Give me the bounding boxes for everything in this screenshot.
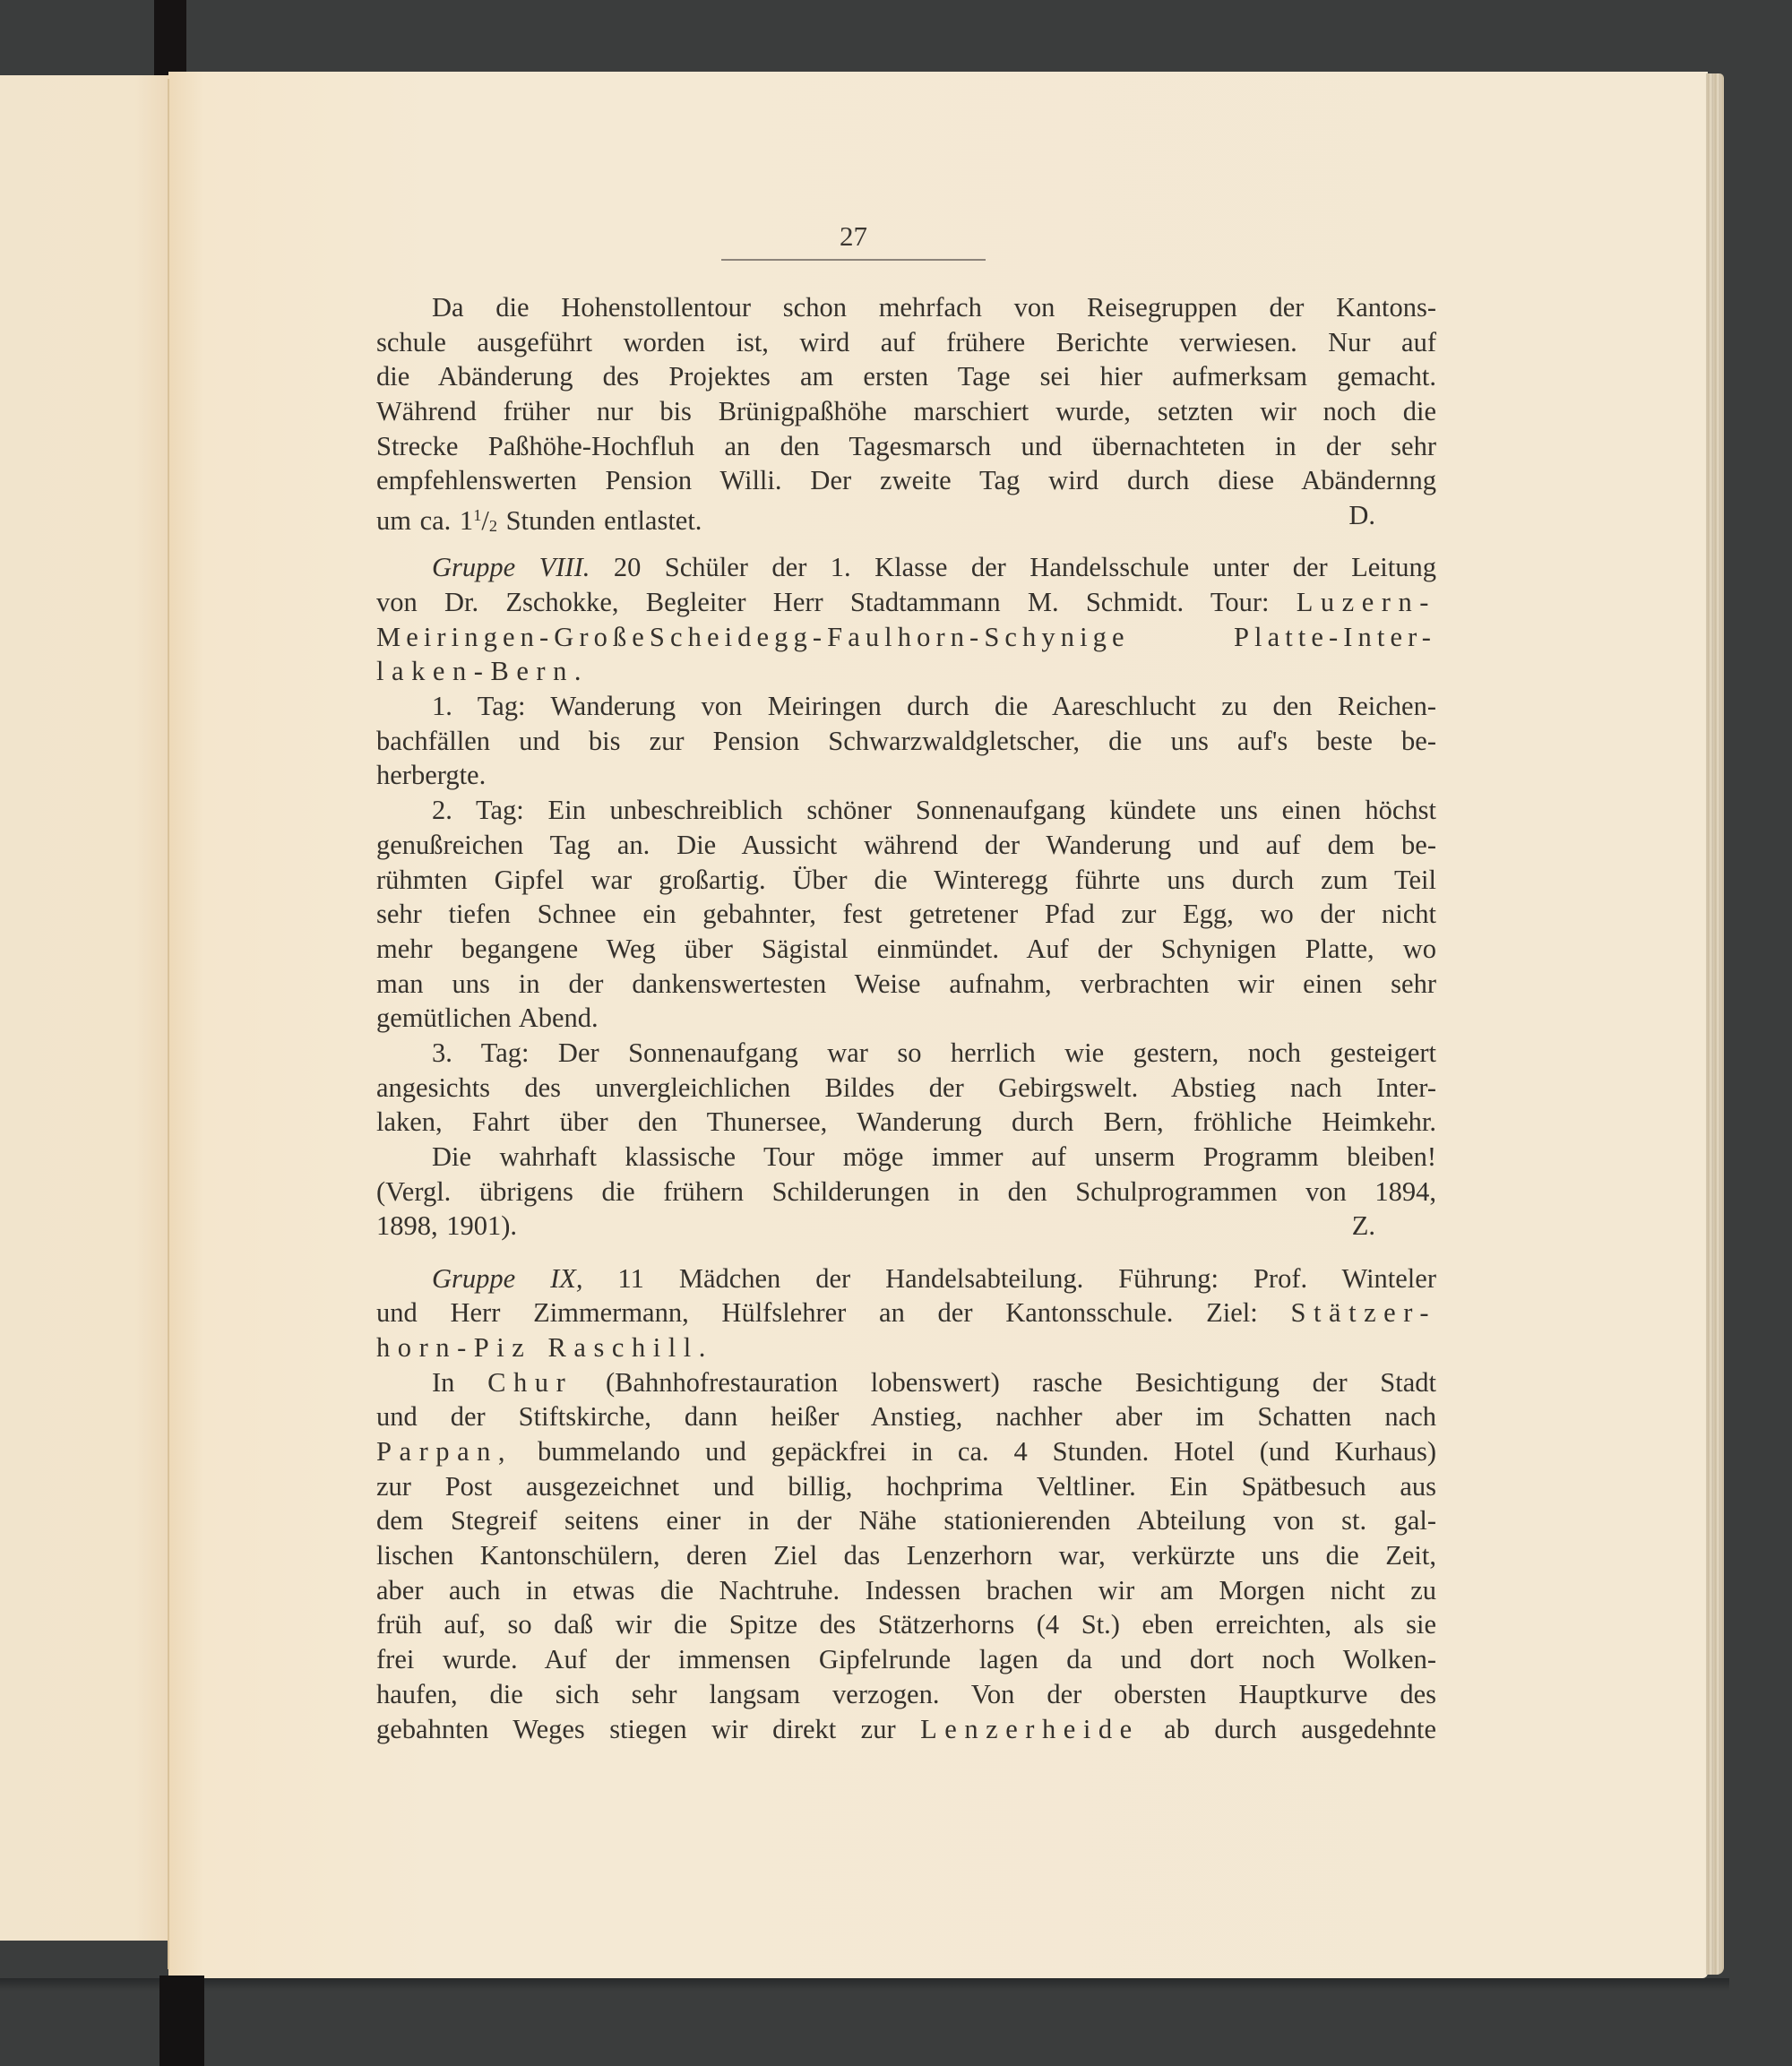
text-line: laken, Fahrt über den Thunersee, Wanderu… — [376, 1105, 1436, 1140]
text-line: schule ausgeführt worden ist, wird auf f… — [376, 325, 1436, 360]
page-edges — [1706, 73, 1724, 1975]
author-signature: Z. — [1352, 1209, 1375, 1244]
text-line: haufen, die sich sehr langsam verzogen. … — [376, 1677, 1436, 1712]
text-line: bachfällen und bis zur Pension Schwarzwa… — [376, 724, 1436, 759]
section-gruppe-ix: Gruppe IX, 11 Mädchen der Handelsabteilu… — [376, 1261, 1436, 1747]
text-line: man uns in der dankenswertesten Weise au… — [376, 967, 1436, 1002]
text-line: herbergte. — [376, 758, 1436, 793]
destination-line: horn-Piz Raschill. — [376, 1330, 1436, 1365]
book-spine-top — [154, 0, 186, 81]
place-name: Chur — [487, 1367, 573, 1398]
text-line: um ca. 11/2 Stunden entlastet.D. — [376, 498, 1436, 533]
route-line: laken-Bern. — [376, 654, 1436, 689]
route-text: Luzern- — [1297, 587, 1436, 617]
group-label: Gruppe IX, — [432, 1263, 583, 1294]
fraction-denominator: 2 — [489, 517, 497, 535]
text-line: von Dr. Zschokke, Begleiter Herr Stadtam… — [376, 585, 1436, 620]
page-number-rule — [721, 259, 986, 261]
page-body: Da die Hohenstollentour schon mehrfach v… — [376, 290, 1436, 1746]
text-fragment: 11 Mädchen der Handelsabteilung. Führung… — [618, 1263, 1436, 1294]
left-page — [0, 75, 168, 1941]
gutter — [168, 79, 169, 1969]
text-line: 1898, 1901).Z. — [376, 1209, 1436, 1244]
text-line: dem Stegreif seitens einer in der Nähe s… — [376, 1503, 1436, 1538]
text-line: aber auch in etwas die Nachtruhe. Indess… — [376, 1573, 1436, 1608]
text-line: (Vergl. übrigens die frühern Schilderung… — [376, 1175, 1436, 1209]
text-line: empfehlenswerten Pension Willi. Der zwei… — [376, 463, 1436, 498]
route-line: Meiringen-GroßeScheidegg-Faulhorn-Schyni… — [376, 620, 1436, 655]
fraction-numerator: 1 — [473, 506, 481, 524]
text-line: lischen Kantonschülern, deren Ziel das L… — [376, 1538, 1436, 1573]
text-fragment: gebahnten Weges stiegen wir direkt zur — [376, 1714, 896, 1744]
text-line: Strecke Paßhöhe-Hochfluh an den Tagesmar… — [376, 429, 1436, 464]
text-line: zur Post ausgezeichnet und billig, hochp… — [376, 1469, 1436, 1504]
text-line: Da die Hohenstollentour schon mehrfach v… — [376, 290, 1436, 325]
place-name: Lenzerheide — [920, 1714, 1140, 1744]
text-line: rühmten Gipfel war großartig. Über die W… — [376, 863, 1436, 898]
text-line: Die wahrhaft klassische Tour möge immer … — [376, 1140, 1436, 1175]
text-line: gemütlichen Abend. — [376, 1001, 1436, 1036]
section-gap — [376, 1244, 1436, 1261]
text-line: Gruppe VIII. 20 Schüler der 1. Klasse de… — [376, 550, 1436, 585]
paragraph-hohenstollen: Da die Hohenstollentour schon mehrfach v… — [376, 290, 1436, 533]
text-line: und der Stiftskirche, dann heißer Anstie… — [376, 1399, 1436, 1434]
text-line: Gruppe IX, 11 Mädchen der Handelsabteilu… — [376, 1261, 1436, 1296]
text-fragment: 1898, 1901). — [376, 1210, 517, 1241]
text-fragment: von Dr. Zschokke, Begleiter Herr Stadtam… — [376, 587, 1269, 617]
text-line: angesichts des unvergleichlichen Bildes … — [376, 1071, 1436, 1106]
section-gruppe-viii: Gruppe VIII. 20 Schüler der 1. Klasse de… — [376, 550, 1436, 1244]
page-number: 27 — [721, 220, 986, 253]
text-fragment: 20 Schüler der 1. Klasse der Handelsschu… — [614, 552, 1436, 582]
text-line: sehr tiefen Schnee ein gebahnter, fest g… — [376, 897, 1436, 932]
text-fragment: bummelando und gepäckfrei in ca. 4 Stund… — [538, 1436, 1436, 1467]
text-line: Parpan, bummelando und gepäckfrei in ca.… — [376, 1434, 1436, 1469]
text-fragment: In — [432, 1367, 454, 1398]
text-fragment: um ca. 1 — [376, 505, 473, 536]
text-fragment: (Bahnhofrestauration lobenswert) rasche … — [606, 1367, 1436, 1398]
book-spine-bottom — [159, 1976, 204, 2066]
text-line: frei wurde. Auf der immensen Gipfelrunde… — [376, 1642, 1436, 1677]
group-label: Gruppe VIII. — [432, 552, 590, 582]
author-signature: D. — [1348, 498, 1375, 533]
text-fragment: Stunden entlastet. — [497, 505, 702, 536]
place-name: Parpan, — [376, 1436, 513, 1467]
text-line: mehr begangene Weg über Sägistal einmünd… — [376, 932, 1436, 967]
text-line: 3. Tag: Der Sonnenaufgang war so herrlic… — [376, 1036, 1436, 1071]
text-line: 1. Tag: Wanderung von Meiringen durch di… — [376, 689, 1436, 724]
text-line: und Herr Zimmermann, Hülfslehrer an der … — [376, 1296, 1436, 1330]
text-fragment: ab durch ausgedehnte — [1164, 1714, 1436, 1744]
text-line: früh auf, so daß wir die Spitze des Stät… — [376, 1607, 1436, 1642]
text-line: 2. Tag: Ein unbeschreiblich schöner Sonn… — [376, 793, 1436, 828]
text-line: die Abänderung des Projektes am ersten T… — [376, 359, 1436, 394]
page-shadow — [0, 1978, 1729, 1991]
text-line: gebahnten Weges stiegen wir direkt zur L… — [376, 1712, 1436, 1747]
text-line: genußreichen Tag an. Die Aussicht währen… — [376, 828, 1436, 863]
text-line: In Chur (Bahnhofrestauration lobenswert)… — [376, 1365, 1436, 1400]
destination-text: Stätzer- — [1290, 1297, 1436, 1328]
text-fragment: und Herr Zimmermann, Hülfslehrer an der … — [376, 1297, 1258, 1328]
text-line: Während früher nur bis Brünigpaßhöhe mar… — [376, 394, 1436, 429]
